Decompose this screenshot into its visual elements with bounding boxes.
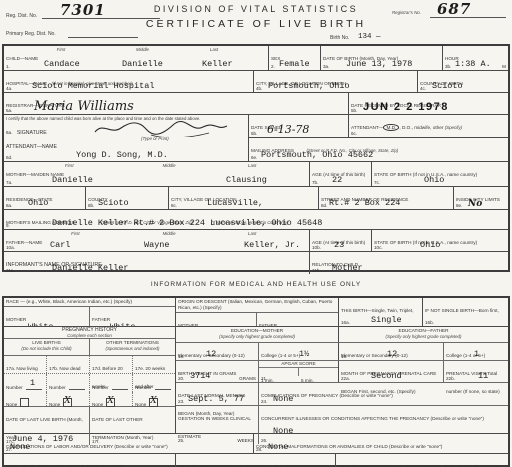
- field-residence-state: RESIDENCE—STATE 8a. Ohio: [4, 187, 86, 209]
- education-mother-header: EDUCATION—MOTHER (Specify only highest g…: [176, 327, 339, 342]
- hospital-value: Scioto Memorial Hospital: [32, 81, 154, 91]
- mother-age-value: 22: [332, 175, 342, 185]
- date-signed-value: 6-13-78: [267, 123, 309, 136]
- dob-value: June 13, 1978: [346, 59, 412, 69]
- race-mother-value: White: [28, 322, 54, 326]
- field-registrar-signature: REGISTRAR—SIGNATURE 5a. Maria Williams: [4, 93, 349, 114]
- hour-meridiem-label: M: [502, 64, 506, 69]
- field-father-state-of-birth: STATE OF BIRTH (If not in U.S.A., name c…: [372, 230, 508, 251]
- father-middle-name: Wayne: [144, 240, 170, 250]
- field-apgar: APGAR SCORE 1 min. 5 min. 21.: [259, 361, 339, 382]
- child-first-name: Candace: [44, 59, 80, 69]
- reg-dist-underline: [42, 14, 160, 19]
- field-attendant-mailing-address: MAILING ADDRESS (Street or R.F.D. No., C…: [249, 138, 508, 162]
- inside-city-limits-value: No: [468, 199, 482, 209]
- race-mother: MOTHER 12. White: [4, 307, 90, 326]
- birth-weight-value: 3714: [190, 371, 210, 381]
- this-birth-value: Single: [371, 315, 402, 325]
- field-syphilis-test: DATE OF APPROVED TEST FOR SYPHILIS, IF N…: [176, 454, 336, 467]
- reg-dist-label: Reg. Dist. No.: [6, 13, 37, 19]
- father-age-value: 23: [334, 240, 344, 250]
- none-now-living: None: [4, 392, 47, 406]
- medical-table: RACE — (e.g., White, Black, American Ind…: [2, 296, 510, 467]
- field-mothers-mailing-address: MOTHER'S MAILING ADDRESS (Street or R.F.…: [4, 210, 508, 229]
- field-mother-age: AGE (At time of this birth) 7b. 22: [310, 162, 372, 186]
- number-after-20: Number: [133, 374, 175, 392]
- field-residence-city: CITY, VILLAGE OR LOCATION 8c. Lucasville…: [169, 187, 319, 209]
- edu-father-elem-value: 12: [387, 349, 397, 359]
- father-first-name: Carl: [50, 240, 70, 250]
- father-last-name: Keller, Jr.: [244, 240, 300, 250]
- complications-labor-value: None: [10, 442, 30, 452]
- field-attendant-signature: I certify that the above named child was…: [4, 115, 249, 161]
- edu-father-elementary: Elementary or Secondary (0-12) 19. 12: [339, 343, 444, 360]
- certificate-title: CERTIFICATE OF LIVE BIRTH: [0, 18, 512, 30]
- field-residence-county: COUNTY 8b. Scioto: [86, 187, 169, 209]
- field-prophylactic: NAME OF PROPHYLACTIC USED IN EYES OF CHI…: [4, 454, 176, 467]
- none-now-dead: NoneX: [47, 392, 90, 406]
- field-prenatal-visits: PRENATAL VISITS Total number (If none, s…: [444, 361, 508, 382]
- field-inside-city-limits: INSIDE CITY LIMITS (Specify yes or no) 8…: [454, 187, 508, 209]
- medical-section-title: INFORMATION FOR MEDICAL AND HEALTH USE O…: [0, 281, 512, 288]
- now-living-count: 1: [30, 378, 35, 388]
- field-not-single-birth: IF NOT SINGLE BIRTH—Born first, second, …: [423, 298, 508, 326]
- primary-reg-dist-underline: [68, 33, 138, 38]
- mothers-mailing-value: Danielle Keller Rt.# 2 Box 224 Lucasvill…: [52, 218, 322, 228]
- residence-county-value: Scioto: [98, 198, 129, 208]
- residence-street-value: Rt.# 2 Box 224: [329, 198, 400, 208]
- checkbox-none-17a: [20, 398, 29, 407]
- field-this-birth: THIS BIRTH—Single, Twin, Triplet, etc. (…: [339, 298, 423, 326]
- field-child-name: CHILD—NAME First Middle Last 1. Candace …: [4, 46, 269, 70]
- type-or-print-hint: (Type or Print): [141, 136, 169, 141]
- field-prenatal-care-began: MONTH OF PREGNANCY PRENATAL CARE BEGAN F…: [339, 361, 444, 382]
- field-origin: ORIGIN OR DESCENT (Italian, Mexican, Ger…: [176, 298, 339, 326]
- field-county-of-birth: COUNTY OF BIRTH 4c. Scioto: [418, 71, 508, 92]
- field-mother-maiden-name: MOTHER—MAIDEN NAME First Middle Last 7a.…: [4, 162, 310, 186]
- col-now-dead: 17b. Now dead: [47, 356, 90, 373]
- form-header: DIVISION OF VITAL STATISTICS CERTIFICATE…: [0, 0, 512, 44]
- prenatal-visits-value: 11: [478, 371, 488, 381]
- field-mother-state-of-birth: STATE OF BIRTH (If not in U.S.A., name c…: [372, 162, 508, 186]
- other-terminations-header: OTHER TERMINATIONS (Spontaneous and indu…: [90, 339, 175, 355]
- pregnancy-history: PREGNANCY HISTORY Complete each section …: [4, 327, 176, 433]
- mother-first-name: Danielle: [52, 175, 93, 185]
- grams-label: GRAMS: [239, 376, 256, 381]
- edu-father-college-value: 1: [474, 349, 479, 359]
- edu-mother-college-value: 1½: [299, 349, 309, 359]
- field-attendant-type: ATTENDANT—M.D., D.O., midwife, other (Sp…: [349, 115, 508, 137]
- field-congenital-malformations: CONGENITAL MALFORMATIONS OR ANOMALIES OF…: [254, 434, 508, 453]
- live-births-header: LIVE BIRTHS (Do not include this Child): [4, 339, 90, 355]
- checkbox-none-17d: X: [106, 398, 115, 407]
- attendant-mailing-value: Portsmouth, Ohio 45662: [261, 150, 373, 160]
- child-last-name: Keller: [202, 59, 233, 69]
- edu-mother-college: College (1-4 or 5+) 1½: [259, 343, 339, 360]
- father-state-value: Ohio: [420, 240, 440, 250]
- field-date-of-birth: DATE OF BIRTH (Month, Day, Year) 3a. Jun…: [321, 46, 443, 70]
- hour-value: 1:38 A.: [455, 59, 491, 69]
- none-before-20: NoneX: [90, 392, 133, 406]
- field-date-signed: DATE SIGNED 6b. 6-13-78: [249, 115, 349, 137]
- attendant-name-label: ATTENDANT—NAME: [6, 144, 57, 150]
- mother-state-value: Ohio: [424, 175, 444, 185]
- number-now-dead: Number: [47, 374, 90, 392]
- primary-reg-dist-label: Primary Reg. Dist. No.: [6, 31, 56, 37]
- field-father-age: AGE (At time of this birth) 10b. 23: [310, 230, 372, 251]
- first-hint: First: [57, 47, 66, 52]
- origin-mother: MOTHER 14. American: [176, 313, 257, 326]
- registrars-no-underline: [430, 13, 506, 18]
- none-after-20: NoneX: [133, 392, 175, 406]
- field-informant: INFORMANT'S NAME OR SIGNATURE 11a. Danie…: [4, 252, 310, 274]
- field-complications-labor: COMPLICATIONS OF LABOR AND/OR DELIVERY (…: [4, 434, 254, 453]
- field-city-of-birth: CITY, VILLAGE, OR LOCATION OF BIRTH 4b. …: [254, 71, 418, 92]
- field-sex: SEX 2. Female: [269, 46, 321, 70]
- field-hour: HOUR 3b. 1:38 A. M: [443, 46, 508, 70]
- prenatal-care-value: Second: [371, 371, 402, 381]
- county-of-birth-value: Scioto: [432, 81, 463, 91]
- field-date-received: DATE RECEIVED BY LOCAL REGISTRAR 5b. JUN…: [349, 93, 508, 114]
- child-middle-name: Danielle: [122, 59, 163, 69]
- md-circled: M.D.: [383, 124, 399, 131]
- number-before-20: Number: [90, 374, 133, 392]
- congenital-value: None: [268, 442, 288, 452]
- middle-hint: Middle: [136, 47, 149, 52]
- last-menses-value: Sept. 5, 77: [188, 394, 244, 404]
- field-race: RACE — (e.g., White, Black, American Ind…: [4, 298, 176, 326]
- main-table: CHILD—NAME First Middle Last 1. Candace …: [2, 44, 510, 272]
- mother-last-name: Clausing: [226, 175, 267, 185]
- field-last-menses: DATE LAST NORMAL MENSES BEGAN (Month, Da…: [176, 383, 259, 405]
- checkbox-none-17b: X: [63, 398, 72, 407]
- field-residence-street: STREET AND NUMBER OF RESIDENCE 8d. Rt.# …: [319, 187, 454, 209]
- field-relation-to-child: RELATION TO CHILD 11b. Mother: [310, 252, 508, 274]
- informant-value: Danielle Keller: [52, 263, 129, 273]
- race-father: FATHER 13. White: [90, 307, 175, 326]
- registrar-signature-value: Maria Williams: [34, 99, 134, 114]
- relation-value: Mother: [332, 263, 363, 273]
- last-hint: Last: [210, 47, 218, 52]
- child-name-label: CHILD—NAME: [6, 56, 38, 61]
- field-birth-weight: BIRTH WEIGHT IN GRAMS 20. 3714 GRAMS: [176, 361, 259, 382]
- field-father-name: FATHER—NAME First Middle Last 10a. Carl …: [4, 230, 310, 251]
- edu-father-college: College (1-4 or 5+) 1: [444, 343, 508, 360]
- col-before-20-weeks: 17d. Before 20 weeks: [90, 356, 133, 373]
- birth-no-value: 134 —: [358, 33, 381, 41]
- field-hospital: HOSPITAL—NAME (If not in hospital, give …: [4, 71, 254, 92]
- checkbox-none-17e: X: [149, 398, 158, 407]
- col-20-weeks-after: 17e. 20 weeks and after: [133, 356, 175, 373]
- edu-mother-elem-value: 12: [206, 349, 216, 359]
- field-gonorrhea-test: DATE OF APPROVED TEST FOR GONORRHEA, IF …: [336, 454, 508, 467]
- number-now-living: Number 1: [4, 374, 47, 392]
- col-now-living: 17a. Now living: [4, 356, 47, 373]
- complications-pregnancy-value: None: [273, 394, 293, 404]
- city-of-birth-value: Portsmouth, Ohio: [268, 81, 350, 91]
- attendant-name-value: Yong D. Song, M.D.: [76, 150, 168, 160]
- origin-father: FATHER 15. American: [257, 313, 338, 326]
- edu-mother-elementary: Elementary or Secondary (0-12) 18. 12: [176, 343, 259, 360]
- education-father-header: EDUCATION—FATHER (Specify only highest g…: [339, 327, 508, 342]
- certificate-page: DIVISION OF VITAL STATISTICS CERTIFICATE…: [0, 0, 512, 467]
- sex-value: Female: [279, 59, 310, 69]
- residence-state-value: Ohio: [28, 198, 48, 208]
- residence-city-value: Lucasville,: [207, 198, 263, 208]
- registrars-no-label: Registrar's No.: [392, 10, 421, 15]
- field-complications-pregnancy: COMPLICATIONS OF PREGNANCY (Describe or …: [259, 383, 508, 405]
- birth-no-label: Birth No.: [330, 35, 349, 41]
- race-father-value: White: [110, 322, 136, 326]
- date-received-stamp: JUN 2 2 1978: [363, 101, 449, 113]
